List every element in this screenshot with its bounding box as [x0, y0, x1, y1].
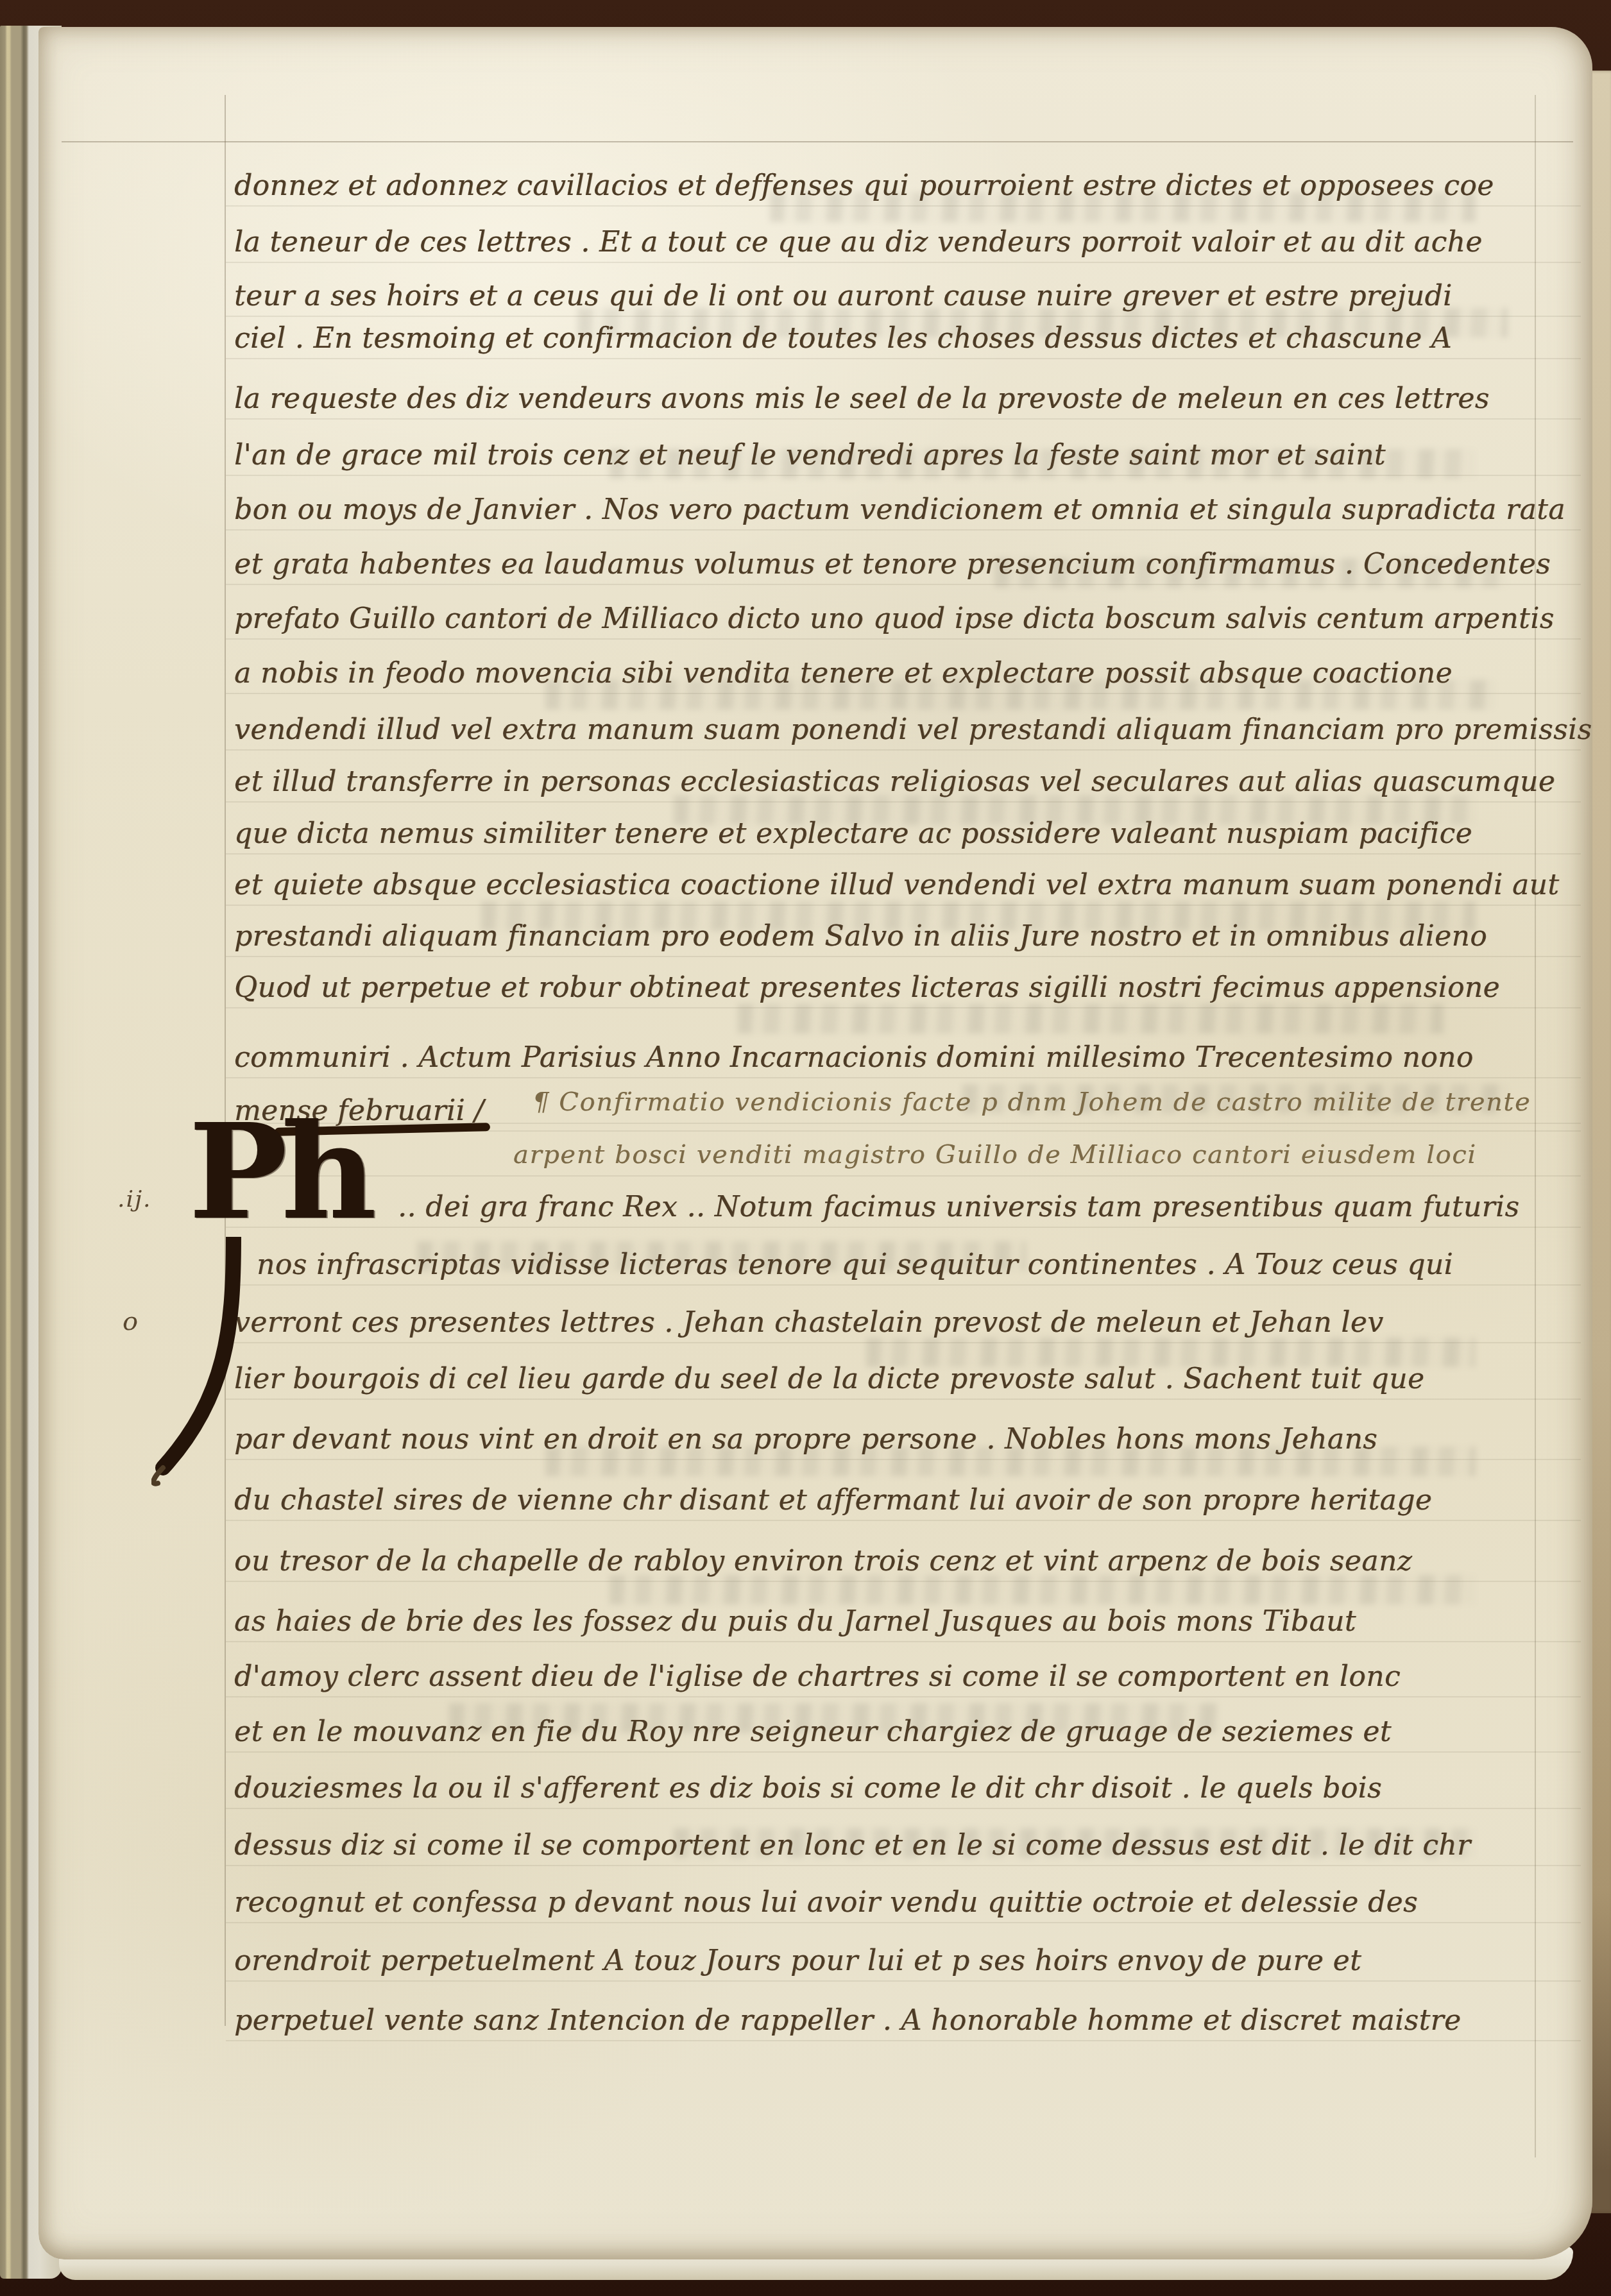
- text-ruling-line: [226, 1865, 1581, 1866]
- manuscript-line: ciel . En tesmoing et confirmacion de to…: [234, 325, 1452, 353]
- right-margin-ruling: [1535, 95, 1536, 2157]
- margin-flourish-mark: o: [123, 1309, 139, 1334]
- manuscript-line: la teneur de ces lettres . Et a tout ce …: [234, 228, 1483, 257]
- text-ruling-line: [226, 1077, 1581, 1078]
- manuscript-line: donnez et adonnez cavillacios et deffens…: [234, 172, 1494, 200]
- manuscript-line: as haies de brie des les fossez du puis …: [234, 1608, 1356, 1636]
- text-ruling-line: [226, 801, 1581, 803]
- book-binding: { "page": { "kind": "Medieval manuscript…: [0, 0, 1611, 2296]
- manuscript-line: orendroit perpetuelment A touz Jours pou…: [234, 1947, 1361, 1975]
- text-ruling-line: [226, 262, 1581, 263]
- text-ruling-line: [226, 1175, 1581, 1177]
- manuscript-line: perpetuel vente sanz Intencion de rappel…: [234, 2007, 1461, 2035]
- manuscript-line: par devant nous vint en droit en sa prop…: [234, 1425, 1377, 1454]
- text-ruling-line: [226, 1641, 1581, 1642]
- manuscript-line: et quiete absque ecclesiastica coactione…: [234, 871, 1559, 899]
- text-ruling-line: [226, 693, 1581, 694]
- text-ruling-line: [226, 584, 1581, 585]
- text-ruling-line: [226, 1007, 1581, 1008]
- text-ruling-line: [226, 1227, 1581, 1228]
- verso-showthrough: [609, 1575, 1476, 1604]
- manuscript-line: lier bourgois di cel lieu garde du seel …: [234, 1365, 1424, 1393]
- manuscript-line: et grata habentes ea laudamus volumus et…: [234, 550, 1551, 579]
- text-ruling-line: [226, 316, 1581, 317]
- text-ruling-line: [226, 1980, 1581, 1982]
- text-ruling-line: [226, 1922, 1581, 1923]
- text-ruling-line: [226, 418, 1581, 420]
- text-ruling-line: [226, 358, 1581, 359]
- manuscript-line: nos infrascriptas vidisse licteras tenor…: [257, 1251, 1453, 1279]
- text-ruling-line: [226, 1342, 1581, 1343]
- manuscript-line: recognut et confessa p devant nous lui a…: [234, 1889, 1418, 1917]
- text-ruling-line: [226, 853, 1581, 855]
- text-ruling-line: [226, 956, 1581, 957]
- manuscript-line: et illud transferre in personas ecclesia…: [234, 768, 1555, 796]
- left-margin-ruling: [225, 95, 226, 2026]
- text-ruling-line: [226, 1459, 1581, 1460]
- manuscript-line: et en le mouvanz en fie du Roy nre seign…: [234, 1718, 1392, 1746]
- text-ruling-line: [226, 529, 1581, 531]
- manuscript-line: a nobis in feodo movencia sibi vendita t…: [234, 659, 1453, 688]
- margin-item-number: .ij.: [117, 1188, 152, 1211]
- text-ruling-line: [226, 1284, 1581, 1286]
- manuscript-line: .. dei gra franc Rex .. Notum facimus un…: [398, 1193, 1519, 1221]
- manuscript-line: dessus diz si come il se comportent en l…: [234, 1832, 1470, 1860]
- manuscript-line: prefato Guillo cantori de Milliaco dicto…: [234, 605, 1555, 633]
- text-ruling-line: [226, 205, 1581, 207]
- manuscript-line: douziesmes la ou il s'afferent es diz bo…: [234, 1774, 1382, 1803]
- text-ruling-line: [226, 1399, 1581, 1400]
- manuscript-line: communiri . Actum Parisius Anno Incarnac…: [234, 1044, 1474, 1072]
- text-ruling-line: [226, 475, 1581, 476]
- manuscript-line: du chastel sires de vienne chr disant et…: [234, 1486, 1432, 1515]
- text-ruling-line: [226, 749, 1581, 751]
- text-ruling-line: [226, 1808, 1581, 1809]
- manuscript-line: prestandi aliquam financiam pro eodem Sa…: [234, 923, 1487, 951]
- text-ruling-line: [226, 1751, 1581, 1753]
- manuscript-line: l'an de grace mil trois cenz et neuf le …: [234, 441, 1386, 470]
- manuscript-line: bon ou moys de Janvier . Nos vero pactum…: [234, 496, 1565, 524]
- text-ruling-line: [226, 1520, 1581, 1521]
- manuscript-line: que dicta nemus similiter tenere et expl…: [234, 820, 1472, 848]
- illuminated-initial: Ph: [189, 1116, 370, 1228]
- manuscript-line: teur a ses hoirs et a ceus qui de li ont…: [234, 282, 1453, 310]
- manuscript-line: ou tresor de la chapelle de rabloy envir…: [234, 1547, 1412, 1576]
- manuscript-line: Quod ut perpetue et robur obtineat prese…: [234, 974, 1500, 1002]
- manuscript-line: verront ces presentes lettres . Jehan ch…: [234, 1309, 1383, 1337]
- top-ruling-line: [62, 141, 1573, 142]
- manuscript-line: arpent bosci venditi magistro Guillo de …: [513, 1142, 1477, 1168]
- text-ruling-line: [226, 2040, 1581, 2041]
- text-ruling-line: [226, 638, 1581, 640]
- manuscript-line: ¶ Confirmatio vendicionis facte p dnm Jo…: [533, 1089, 1531, 1115]
- text-ruling-line: [226, 905, 1581, 906]
- initial-descender-tail: [151, 1237, 293, 1493]
- manuscript-line: d'amoy clerc assent dieu de l'iglise de …: [234, 1663, 1401, 1691]
- manuscript-line: vendendi illud vel extra manum suam pone…: [234, 716, 1592, 744]
- text-ruling-line: [226, 1581, 1581, 1582]
- text-ruling-line: [226, 1696, 1581, 1697]
- manuscript-line: la requeste des diz vendeurs avons mis l…: [234, 385, 1490, 413]
